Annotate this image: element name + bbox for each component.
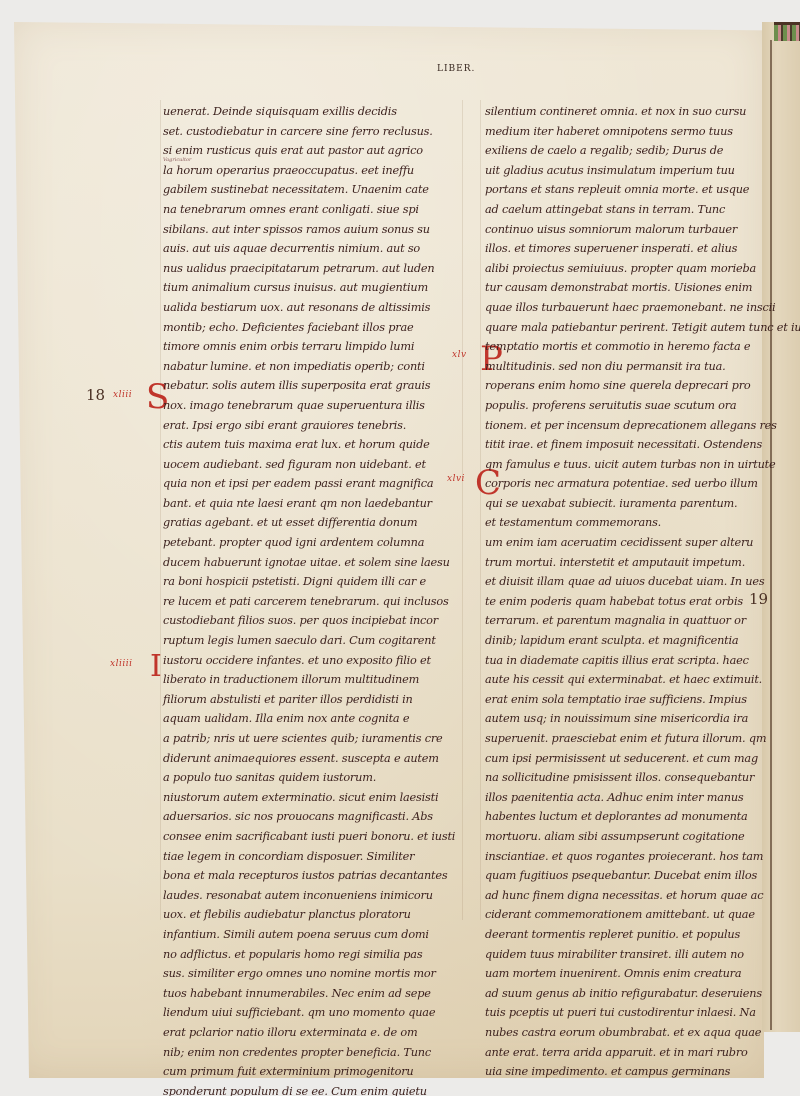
text-line: ad suum genus ab initio refigurabatur. d…	[485, 984, 765, 1004]
running-title: LIBER.	[437, 64, 475, 74]
text-line: ducem habuerunt ignotae uitae. et solem …	[163, 553, 453, 573]
text-line: cum primum fuit exterminium primogenitor…	[163, 1062, 453, 1082]
text-line: deerant tormentis repleret punitio. et p…	[485, 925, 765, 945]
headband	[774, 22, 800, 41]
text-line: illos. et timores superuener insperati. …	[485, 239, 765, 259]
text-line: erat pclarior natio illoru exterminata e…	[163, 1023, 453, 1043]
text-line: tur causam demonstrabat mortis. Uisiones…	[485, 278, 765, 298]
text-line: bant. et quia nte laesi erant qm non lae…	[163, 494, 453, 514]
text-line: quam fugitiuos psequebantur. Ducebat eni…	[485, 866, 765, 886]
text-line: laudes. resonabat autem inconueniens ini…	[163, 886, 453, 906]
text-line: uocem audiebant. sed figuram non uideban…	[163, 455, 453, 475]
ruling-line-left	[160, 100, 161, 920]
text-line: gabilem sustinebat necessitatem. Unaenim…	[163, 180, 453, 200]
text-line: qui se uexabat subiecit. iuramenta paren…	[485, 494, 765, 514]
text-line: terrarum. et parentum magnalia in quattu…	[485, 611, 765, 631]
text-line: quidem tuus mirabiliter transiret. illi …	[485, 945, 765, 965]
text-line: quae illos turbauerunt haec praemonebant…	[485, 298, 765, 318]
text-line: exiliens de caelo a regalib; sedib; Duru…	[485, 141, 765, 161]
text-line: continuo uisus somniorum malorum turbaue…	[485, 220, 765, 240]
text-line: sus. similiter ergo omnes uno nomine mor…	[163, 964, 453, 984]
text-line: tiae legem in concordiam disposuer. Simi…	[163, 847, 453, 867]
text-line: ualida bestiarum uox. aut resonans de al…	[163, 298, 453, 318]
text-line: qm famulus e tuus. uicit autem turbas no…	[485, 455, 765, 475]
text-line: insciantiae. et quos rogantes proieceran…	[485, 847, 765, 867]
text-line: tionem. et per incensum deprecationem al…	[485, 416, 765, 436]
text-line: uam mortem inuenirent. Omnis enim creatu…	[485, 964, 765, 984]
text-line: tua in diademate capitis illius erat scr…	[485, 651, 765, 671]
text-line: ctis autem tuis maxima erat lux. et horu…	[163, 435, 453, 455]
text-line: tuis pceptis ut pueri tui custodirentur …	[485, 1003, 765, 1023]
text-line: roperans enim homo sine querela deprecar…	[485, 376, 765, 396]
text-line: ad hunc finem digna necessitas. et horum…	[485, 886, 765, 906]
text-line: nib; enim non credentes propter benefici…	[163, 1043, 453, 1063]
text-line: autem usq; in nouissimum sine misericord…	[485, 709, 765, 729]
text-line: na tenebrarum omnes erant conligati. siu…	[163, 200, 453, 220]
text-line: nus ualidus praecipitatarum petrarum. au…	[163, 259, 453, 279]
text-line: nubes castra eorum obumbrabat. et ex aqu…	[485, 1023, 765, 1043]
text-line: uit gladius acutus insimulatum imperium …	[485, 161, 765, 181]
text-line: auis. aut uis aquae decurrentis nimium. …	[163, 239, 453, 259]
text-line: tium animalium cursus inuisus. aut mugie…	[163, 278, 453, 298]
text-line: tuos habebant innumerabiles. Nec enim ad…	[163, 984, 453, 1004]
text-line: sibilans. aut inter spissos ramos auium …	[163, 220, 453, 240]
text-line: a populo tuo sanitas quidem iustorum.	[163, 768, 453, 788]
text-line: nebatur. solis autem illis superposita e…	[163, 376, 453, 396]
ruling-line-mid2	[480, 100, 481, 920]
text-line: um enim iam aceruatim cecidissent super …	[485, 533, 765, 553]
text-line: ante erat. terra arida apparuit. et in m…	[485, 1043, 765, 1063]
text-line: no adflictus. et popularis homo regi sim…	[163, 945, 453, 965]
text-line: titit irae. et finem imposuit necessitat…	[485, 435, 765, 455]
text-line: temptatio mortis et commotio in heremo f…	[485, 337, 765, 357]
text-line: diderunt animaequiores essent. suscepta …	[163, 749, 453, 769]
text-line: bona et mala recepturos iustos patrias d…	[163, 866, 453, 886]
text-line: la horum operarius praeoccupatus. eet in…	[163, 161, 453, 181]
text-line: ra boni hospicii pstetisti. Digni quidem…	[163, 572, 453, 592]
text-line: nox. imago tenebrarum quae superuentura …	[163, 396, 453, 416]
text-line: iustoru occidere infantes. et uno exposi…	[163, 651, 453, 671]
text-line: ruptum legis lumen saeculo dari. Cum cog…	[163, 631, 453, 651]
text-line: timore omnis enim orbis terraru limpido …	[163, 337, 453, 357]
text-line: multitudinis. sed non diu permansit ira …	[485, 357, 765, 377]
text-line: dinib; lapidum erant sculpta. et magnifi…	[485, 631, 765, 651]
text-column-right: silentium contineret omnia. et nox in su…	[485, 102, 765, 1082]
chapter-marker-xliii: xliii	[113, 390, 132, 400]
text-line: aquam ualidam. Illa enim nox ante cognit…	[163, 709, 453, 729]
text-line: custodiebant filios suos. per quos incip…	[163, 611, 453, 631]
text-line: mortuoru. aliam sibi assumpserunt cogita…	[485, 827, 765, 847]
text-line: liendum uiui sufficiebant. qm uno moment…	[163, 1003, 453, 1023]
chapter-marker-xliiii: xliiii	[110, 659, 132, 669]
text-line: si enim rusticus quis erat aut pastor au…	[163, 141, 453, 161]
text-line: filiorum abstulisti et pariter illos per…	[163, 690, 453, 710]
text-line: uia sine impedimento. et campus germinan…	[485, 1062, 765, 1082]
text-line: a patrib; nris ut uere scientes quib; iu…	[163, 729, 453, 749]
text-line: liberato in traductionem illorum multitu…	[163, 670, 453, 690]
text-line: set. custodiebatur in carcere sine ferro…	[163, 122, 453, 142]
text-line: populis. proferens seruitutis suae scutu…	[485, 396, 765, 416]
text-line: medium iter haberet omnipotens sermo tuu…	[485, 122, 765, 142]
text-line: erat enim sola temptatio irae sufficiens…	[485, 690, 765, 710]
text-line: ciderant commemorationem amittebant. ut …	[485, 905, 765, 925]
text-line: re lucem et pati carcerem tenebrarum. qu…	[163, 592, 453, 612]
margin-folio-number-left: 18	[86, 386, 105, 404]
text-line: na sollicitudine pmisissent illos. conse…	[485, 768, 765, 788]
text-line: petebant. propter quod igni ardentem col…	[163, 533, 453, 553]
text-line: gratias agebant. et ut esset differentia…	[163, 513, 453, 533]
text-line: erat. Ipsi ergo sibi erant grauiores ten…	[163, 416, 453, 436]
text-line: et diuisit illam quae ad uiuos ducebat u…	[485, 572, 765, 592]
text-line: quare mala patiebantur perirent. Tetigit…	[485, 318, 765, 338]
text-line: trum mortui. interstetit et amputauit im…	[485, 553, 765, 573]
initial-I: I	[150, 650, 162, 684]
text-line: et testamentum commemorans.	[485, 513, 765, 533]
text-line: habentes luctum et deplorantes ad monume…	[485, 807, 765, 827]
text-line: nabatur lumine. et non impediatis operib…	[163, 357, 453, 377]
text-line: cum ipsi permisissent ut seducerent. et …	[485, 749, 765, 769]
text-line: alibi proiectus semiuiuus. propter quam …	[485, 259, 765, 279]
text-line: quia non et ipsi per eadem passi erant m…	[163, 474, 453, 494]
text-line: aute his cessit qui exterminabat. et hae…	[485, 670, 765, 690]
text-line: te enim poderis quam habebat totus erat …	[485, 592, 765, 612]
text-line: corporis nec armatura potentiae. sed uer…	[485, 474, 765, 494]
text-line: aduersarios. sic nos prouocans magnifica…	[163, 807, 453, 827]
text-line: sponderunt populum di se ee. Cum enim qu…	[163, 1082, 453, 1096]
book-binding	[762, 22, 800, 1032]
text-line: uox. et flebilis audiebatur planctus plo…	[163, 905, 453, 925]
ruling-line-mid	[462, 100, 463, 920]
text-line: montib; echo. Deficientes faciebant illo…	[163, 318, 453, 338]
text-line: ad caelum attingebat stans in terram. Tu…	[485, 200, 765, 220]
text-line: niustorum autem exterminatio. sicut enim…	[163, 788, 453, 808]
text-line: silentium contineret omnia. et nox in su…	[485, 102, 765, 122]
text-line: uenerat. Deinde siquisquam exillis decid…	[163, 102, 453, 122]
text-column-left: uenerat. Deinde siquisquam exillis decid…	[163, 102, 453, 1096]
text-line: consee enim sacrificabant iusti pueri bo…	[163, 827, 453, 847]
text-line: illos paenitentia acta. Adhuc enim inter…	[485, 788, 765, 808]
text-line: portans et stans repleuit omnia morte. e…	[485, 180, 765, 200]
chapter-marker-xlv: xlv	[452, 350, 467, 360]
text-line: superuenit. praesciebat enim et futura i…	[485, 729, 765, 749]
gutter-line	[770, 40, 772, 1030]
text-line: infantium. Simili autem poena seruus cum…	[163, 925, 453, 945]
